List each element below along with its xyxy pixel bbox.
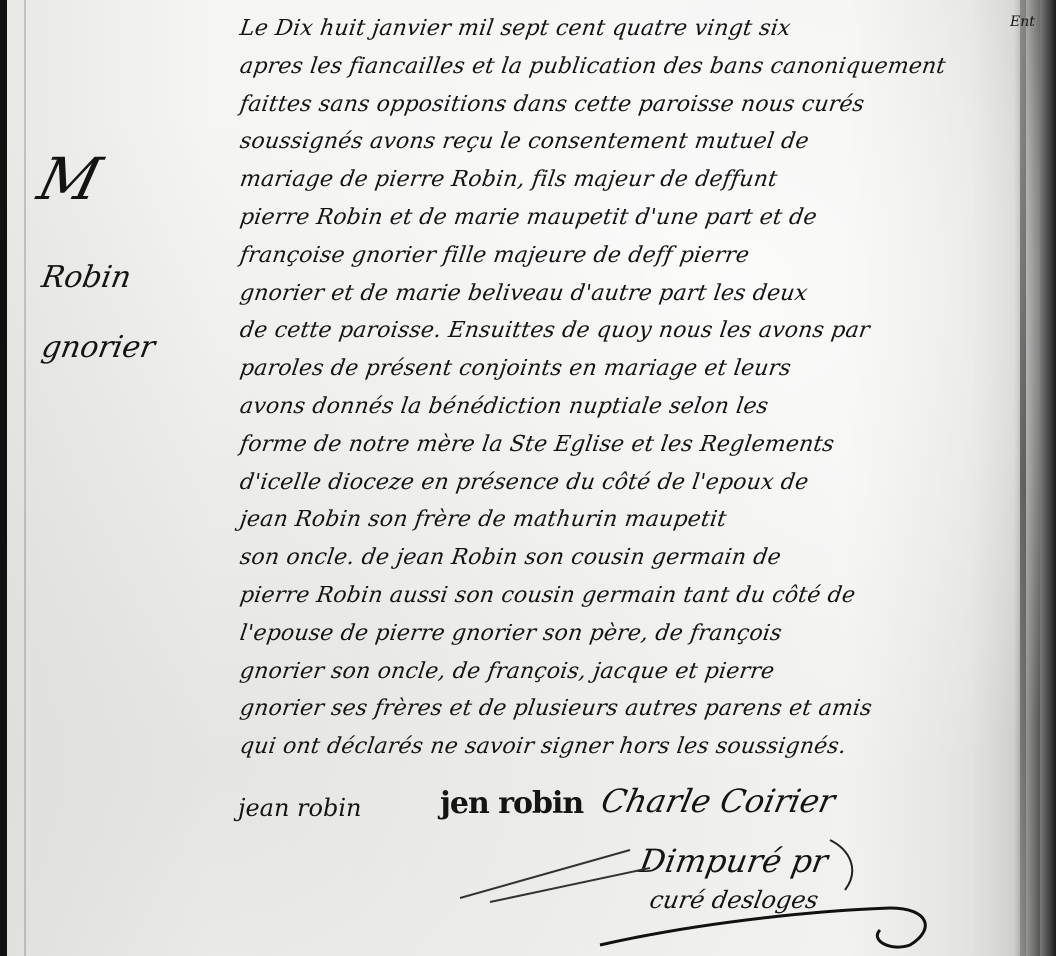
margin-name-groom: Robin — [39, 260, 134, 295]
record-line: françoise gnorier fille majeure de deff … — [237, 237, 1022, 275]
signature: jen robin — [440, 786, 583, 821]
record-line: gnorier ses frères et de plusieurs autre… — [237, 690, 1022, 728]
record-line: qui ont déclarés ne savoir signer hors l… — [237, 728, 1022, 766]
record-body: Ent Le Dix huit janvier mil sept cent qu… — [240, 10, 1020, 766]
signature: Charle Coirier — [598, 782, 839, 820]
record-line: Le Dix huit janvier mil sept cent quatre… — [237, 10, 1022, 48]
record-line: forme de notre mère la Ste Eglise et les… — [237, 426, 1022, 464]
record-line: jean Robin son frère de mathurin maupeti… — [237, 501, 1022, 539]
record-line: soussignés avons reçu le consentement mu… — [237, 123, 1022, 161]
record-line: gnorier son oncle, de françois, jacque e… — [237, 653, 1022, 691]
signature-priest-title: curé desloges — [648, 886, 821, 914]
record-line: faittes sans oppositions dans cette paro… — [237, 86, 1022, 124]
record-line: l'epouse de pierre gnorier son père, de … — [237, 615, 1022, 653]
record-line: avons donnés la bénédiction nuptiale sel… — [237, 388, 1022, 426]
record-line: paroles de présent conjoints en mariage … — [237, 350, 1022, 388]
signature-block: jean robin jen robin Charle Coirier Dimp… — [230, 780, 1030, 950]
record-line: de cette paroisse. Ensuittes de quoy nou… — [237, 312, 1022, 350]
record-line: apres les fiancailles et la publication … — [237, 48, 1022, 86]
signature: jean robin — [238, 794, 361, 822]
margin-rule — [24, 0, 26, 956]
signature-priest: Dimpuré pr — [637, 842, 831, 880]
document-page: M Robin gnorier Ent Le Dix huit janvier … — [0, 0, 1056, 956]
record-line: d'icelle dioceze en présence du côté de … — [237, 464, 1022, 502]
record-line: son oncle. de jean Robin son cousin germ… — [237, 539, 1022, 577]
binding-edge-left — [0, 0, 7, 956]
bleed-through-text — [59, 610, 67, 635]
record-line: pierre Robin aussi son cousin germain ta… — [237, 577, 1022, 615]
record-line: mariage de pierre Robin, fils majeur de … — [237, 161, 1022, 199]
record-line: pierre Robin et de marie maupetit d'une … — [237, 199, 1022, 237]
binding-edge-right — [1040, 0, 1056, 956]
margin-name-bride: gnorier — [39, 330, 158, 365]
record-line: gnorier et de marie beliveau d'autre par… — [237, 275, 1022, 313]
margin-initial: M — [33, 150, 107, 208]
